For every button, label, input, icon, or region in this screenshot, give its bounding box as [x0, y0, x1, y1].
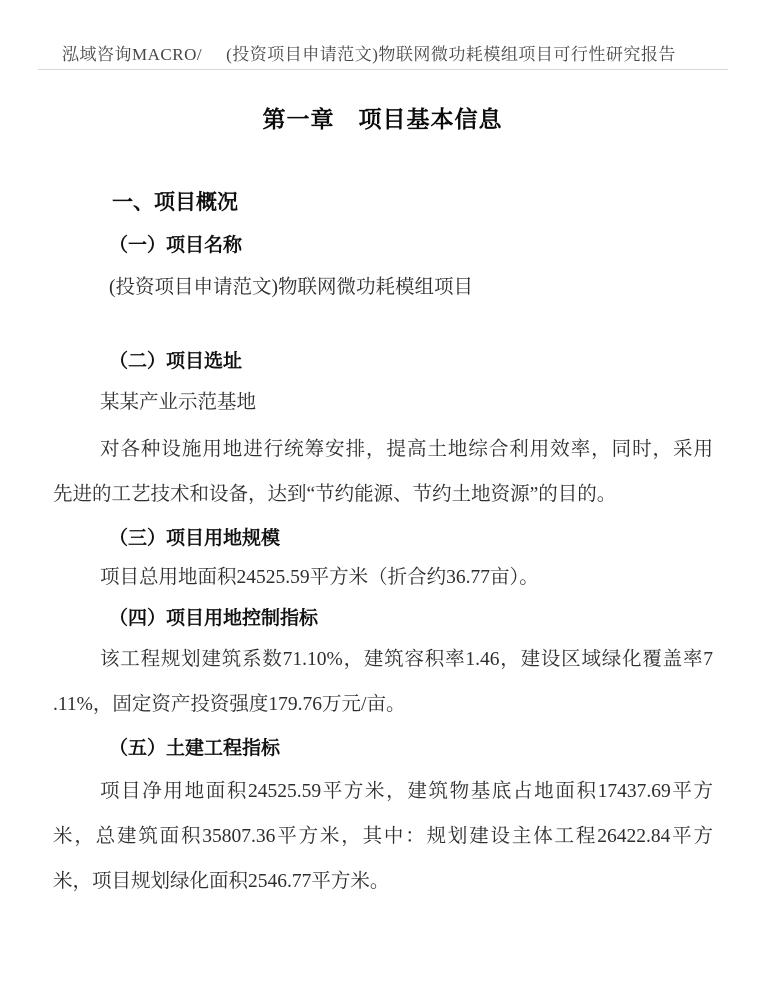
- document-page: 泓域咨询MACRO/(投资项目申请范文)物联网微功耗模组项目可行性研究报告 第一…: [0, 0, 765, 990]
- paragraph-line: 对各种设施用地进行统筹安排，提高土地综合利用效率，同时，采用: [53, 427, 713, 472]
- land-area-paragraph: 项目总用地面积24525.59平方米（折合约36.77亩）。: [53, 555, 713, 600]
- paragraph-line: .11%，固定资产投资强度179.76万元/亩。: [53, 682, 713, 727]
- project-name-paragraph: (投资项目申请范文)物联网微功耗模组项目: [53, 265, 713, 310]
- header-doc-title: (投资项目申请范文)物联网微功耗模组项目可行性研究报告: [226, 45, 676, 64]
- project-site-paragraph: 某某产业示范基地: [53, 380, 713, 425]
- paragraph-line: 米，总建筑面积35807.36平方米，其中：规划建设主体工程26422.84平方: [53, 814, 713, 859]
- site-planning-paragraph: 对各种设施用地进行统筹安排，提高土地综合利用效率，同时，采用 先进的工艺技术和设…: [53, 427, 713, 517]
- page-header: 泓域咨询MACRO/(投资项目申请范文)物联网微功耗模组项目可行性研究报告: [62, 45, 745, 64]
- subsection-1-heading: （一）项目名称: [53, 234, 713, 258]
- subsection-5-heading: （五）土建工程指标: [53, 737, 713, 761]
- construction-index-paragraph: 项目净用地面积24525.59平方米，建筑物基底占地面积17437.69平方 米…: [53, 769, 713, 904]
- paragraph-line: 先进的工艺技术和设备，达到“节约能源、节约土地资源”的目的。: [53, 472, 713, 517]
- header-divider-line: [38, 69, 728, 70]
- subsection-4-heading: （四）项目用地控制指标: [53, 607, 713, 631]
- subsection-2-heading: （二）项目选址: [53, 350, 713, 374]
- paragraph-line: 项目净用地面积24525.59平方米，建筑物基底占地面积17437.69平方: [53, 769, 713, 814]
- header-brand: 泓域咨询MACRO/: [62, 45, 202, 64]
- chapter-title: 第一章 项目基本信息: [52, 106, 713, 134]
- section-heading-overview: 一、项目概况: [53, 189, 713, 215]
- subsection-3-heading: （三）项目用地规模: [53, 527, 713, 551]
- paragraph-line: 米，项目规划绿化面积2546.77平方米。: [53, 859, 713, 904]
- paragraph-line: 项目总用地面积24525.59平方米（折合约36.77亩）。: [53, 555, 713, 600]
- paragraph-line: 某某产业示范基地: [53, 380, 713, 425]
- paragraph-line: (投资项目申请范文)物联网微功耗模组项目: [53, 265, 713, 310]
- paragraph-line: 该工程规划建筑系数71.10%，建筑容积率1.46，建设区域绿化覆盖率7: [53, 637, 713, 682]
- land-control-paragraph: 该工程规划建筑系数71.10%，建筑容积率1.46，建设区域绿化覆盖率7 .11…: [53, 637, 713, 727]
